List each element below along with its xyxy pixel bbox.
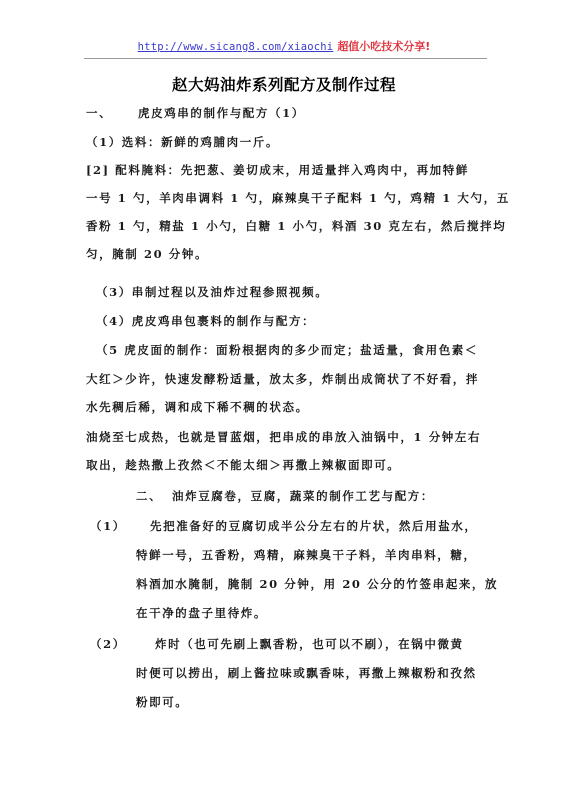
paragraph-line: 水先稠后稀，调和成下稀不稠的状态。 — [86, 400, 309, 414]
paragraph-line: 时便可以捞出，刷上酱拉味或飘香味，再撒上辣椒粉和孜然 — [136, 666, 477, 680]
paragraph-line: 在干净的盘子里待炸。 — [136, 606, 267, 620]
paragraph-line: （1）选料：新鲜的鸡脯肉一斤。 — [86, 135, 279, 149]
paragraph-line: 先把准备好的豆腐切成半公分左右的片状，然后用盐水， — [150, 519, 478, 533]
paragraph-line: 料酒加水腌制，腌制 20 分钟，用 20 公分的竹签串起来，放 — [136, 577, 498, 591]
section-1-heading: 一、虎皮鸡串的制作与配方（1） — [86, 106, 305, 120]
header-divider — [84, 58, 487, 59]
paragraph-line: （5 虎皮面的制作：面粉根据肉的多少而定；盐适量，食用色素＜ — [96, 343, 478, 357]
section-1-title: 虎皮鸡串的制作与配方（1） — [138, 106, 305, 120]
section-2-title: 油炸豆腐卷，豆腐，蔬菜的制作工艺与配方： — [172, 489, 434, 503]
paragraph-line: [2] 配料腌料：先把葱、姜切成末，用适量拌入鸡肉中，再加特鲜 — [86, 163, 469, 177]
paragraph-line: （3）串制过程以及油炸过程参照视频。 — [96, 285, 328, 299]
website-link[interactable]: http://www.sicang8.com/xiaochi — [138, 41, 334, 53]
header-slogan: 超值小吃技术分享! — [337, 40, 430, 53]
paragraph-line: 匀，腌制 20 分钟。 — [86, 247, 208, 261]
document-title: 赵大妈油炸系列配方及制作过程 — [84, 73, 484, 95]
section-2-number: 二、 — [136, 489, 172, 503]
item-2-label: （2） — [90, 637, 126, 651]
paragraph-line: （4）虎皮鸡串包裹料的制作与配方： — [96, 314, 315, 328]
paragraph-line: 油烧至七成热，也就是冒蓝烟，把串成的串放入油锅中，1 分钟左右 — [86, 430, 481, 444]
paragraph-line: 粉即可。 — [136, 695, 188, 709]
section-2-heading: 二、油炸豆腐卷，豆腐，蔬菜的制作工艺与配方： — [136, 489, 434, 503]
paragraph-line: 大红＞少许，快速发酵粉适量，放太多，炸制出成筒状了不好看，拌 — [86, 372, 479, 386]
paragraph-line: 取出，趁热撒上孜然＜不能太细＞再撒上辣椒面即可。 — [86, 458, 400, 472]
paragraph-line: 一号 1 勺，羊肉串调料 1 勺，麻辣臭干子配料 1 勺，鸡精 1 大勺，五 — [86, 191, 510, 205]
item-1-label: （1） — [90, 519, 126, 533]
section-1-number: 一、 — [86, 106, 138, 120]
paragraph-line: 炸时（也可先刷上飘香粉，也可以不刷），在锅中微黄 — [155, 637, 464, 651]
paragraph-line: 特鲜一号，五香粉，鸡精，麻辣臭干子料，羊肉串料，糖， — [136, 548, 477, 562]
page-header: http://www.sicang8.com/xiaochi超值小吃技术分享! — [84, 40, 484, 54]
document-page: http://www.sicang8.com/xiaochi超值小吃技术分享! … — [0, 0, 565, 800]
paragraph-line: 香粉 1 勺，精盐 1 小勺，白糖 1 小勺，料酒 30 克左右，然后搅拌均 — [86, 219, 506, 233]
